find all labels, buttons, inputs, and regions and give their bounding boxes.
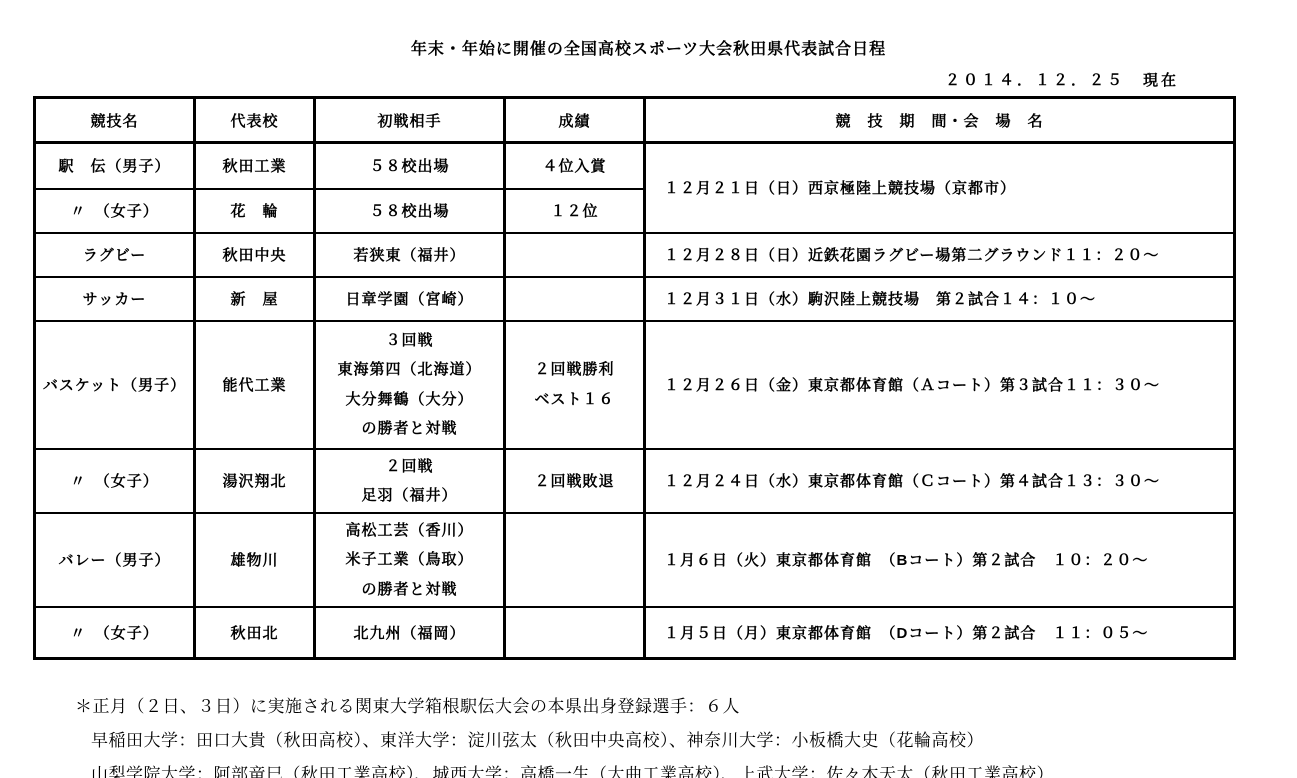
header-school: 代表校 [195, 98, 315, 143]
footnotes: ＊正月（２日、３日）に実施される関東大学箱根駅伝大会の本県出身登録選手：６人 早… [75, 692, 1297, 778]
cell-venue: １２月２６日（金）東京都体育館（Ａコート）第３試合１１：３０～ [645, 321, 1235, 449]
table-row: 駅 伝（男子） 秋田工業 ５８校出場 ４位入賞 １２月２１日（日）西京極陸上競技… [35, 143, 1235, 189]
cell-opponent: ５８校出場 [315, 143, 505, 189]
cell-school: 新 屋 [195, 277, 315, 321]
table-row: バレー（男子） 雄物川 高松工芸（香川） 米子工業（鳥取） の勝者と対戦 １月６… [35, 513, 1235, 607]
cell-result: １２位 [505, 189, 645, 233]
cell-event: 〃 （女子） [35, 449, 195, 514]
footnote-summary: ＊正月（２日、３日）に実施される関東大学箱根駅伝大会の本県出身登録選手：６人 [75, 692, 1297, 717]
cell-opponent: 北九州（福岡） [315, 607, 505, 659]
cell-school: 秋田工業 [195, 143, 315, 189]
table-row: 〃 （女子） 秋田北 北九州（福岡） １月５日（月）東京都体育館 （Dコート）第… [35, 607, 1235, 659]
as-of-date: ２０１４．１２．２５ 現在 [0, 69, 1297, 90]
cell-event: バスケット（男子） [35, 321, 195, 449]
cell-school: 雄物川 [195, 513, 315, 607]
cell-result [505, 513, 645, 607]
cell-event: 〃 （女子） [35, 189, 195, 233]
cell-opponent: 若狭東（福井） [315, 233, 505, 277]
cell-event: 駅 伝（男子） [35, 143, 195, 189]
cell-event: バレー（男子） [35, 513, 195, 607]
cell-venue: １月６日（火）東京都体育館 （Bコート）第２試合 １０：２０～ [645, 513, 1235, 607]
cell-school: 秋田中央 [195, 233, 315, 277]
cell-opponent: 高松工芸（香川） 米子工業（鳥取） の勝者と対戦 [315, 513, 505, 607]
cell-opponent: ５８校出場 [315, 189, 505, 233]
cell-venue: １２月２１日（日）西京極陸上競技場（京都市） [645, 143, 1235, 233]
footnote-players-2: 山梨学院大学：阿部竜巳（秋田工業高校）、城西大学：高橋一生（大曲工業高校）、上武… [91, 760, 1297, 778]
header-opponent: 初戦相手 [315, 98, 505, 143]
cell-result [505, 277, 645, 321]
cell-event: 〃 （女子） [35, 607, 195, 659]
cell-opponent: ３回戦 東海第四（北海道） 大分舞鶴（大分） の勝者と対戦 [315, 321, 505, 449]
header-event: 競技名 [35, 98, 195, 143]
cell-event: サッカー [35, 277, 195, 321]
cell-school: 能代工業 [195, 321, 315, 449]
table-row: ラグビー 秋田中央 若狭東（福井） １２月２８日（日）近鉄花園ラグビー場第二グラ… [35, 233, 1235, 277]
table-row: サッカー 新 屋 日章学園（宮崎） １２月３１日（水）駒沢陸上競技場 第２試合１… [35, 277, 1235, 321]
page-title: 年末・年始に開催の全国高校スポーツ大会秋田県代表試合日程 [0, 0, 1297, 59]
cell-venue: １２月２４日（水）東京都体育館（Ｃコート）第４試合１３：３０～ [645, 449, 1235, 514]
cell-result [505, 607, 645, 659]
cell-opponent: ２回戦 足羽（福井） [315, 449, 505, 514]
cell-result: ２回戦勝利 ベスト１６ [505, 321, 645, 449]
cell-result: ２回戦敗退 [505, 449, 645, 514]
header-venue: 競 技 期 間・会 場 名 [645, 98, 1235, 143]
header-row: 競技名 代表校 初戦相手 成績 競 技 期 間・会 場 名 [35, 98, 1235, 143]
cell-school: 湯沢翔北 [195, 449, 315, 514]
schedule-table: 競技名 代表校 初戦相手 成績 競 技 期 間・会 場 名 駅 伝（男子） 秋田… [33, 96, 1236, 660]
header-result: 成績 [505, 98, 645, 143]
cell-opponent: 日章学園（宮崎） [315, 277, 505, 321]
cell-result: ４位入賞 [505, 143, 645, 189]
document-page: 年末・年始に開催の全国高校スポーツ大会秋田県代表試合日程 ２０１４．１２．２５ … [0, 0, 1297, 778]
cell-venue: １２月３１日（水）駒沢陸上競技場 第２試合１４：１０～ [645, 277, 1235, 321]
cell-venue: １２月２８日（日）近鉄花園ラグビー場第二グラウンド１１：２０～ [645, 233, 1235, 277]
table-row: 〃 （女子） 湯沢翔北 ２回戦 足羽（福井） ２回戦敗退 １２月２４日（水）東京… [35, 449, 1235, 514]
cell-school: 花 輪 [195, 189, 315, 233]
cell-school: 秋田北 [195, 607, 315, 659]
cell-venue: １月５日（月）東京都体育館 （Dコート）第２試合 １１：０５～ [645, 607, 1235, 659]
cell-result [505, 233, 645, 277]
cell-event: ラグビー [35, 233, 195, 277]
footnote-players-1: 早稲田大学：田口大貴（秋田高校）、東洋大学：淀川弦太（秋田中央高校）、神奈川大学… [91, 726, 1297, 751]
table-row: バスケット（男子） 能代工業 ３回戦 東海第四（北海道） 大分舞鶴（大分） の勝… [35, 321, 1235, 449]
